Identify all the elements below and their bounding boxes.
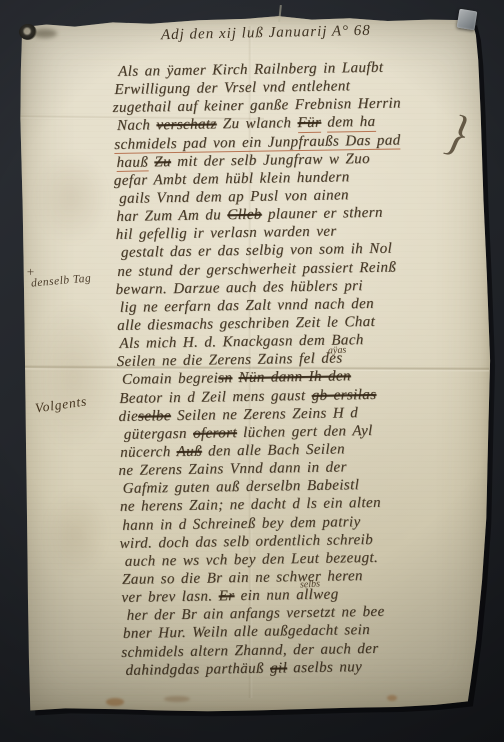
corner-clip	[457, 9, 478, 31]
text-segment: gb ersilas	[311, 386, 376, 403]
text-segment: dahindgdas parthäuß	[125, 660, 270, 678]
punch-hole-smudge	[33, 29, 57, 38]
text-segment: Nach	[117, 118, 157, 135]
text-segment: dem ha	[327, 114, 375, 132]
text-segment: Seilen ne die Zerens Zains fel des	[117, 351, 343, 371]
text-segment: Clleb	[227, 207, 262, 224]
text-segment: ein nun allweg	[234, 587, 338, 605]
margin-note-denselb-tag: denselb Tag	[31, 272, 92, 289]
manuscript-text: Als an ÿamer Kirch Railnberg in LaufbtEr…	[112, 57, 504, 680]
text-segment: hann in d Schreineß bey dem patriy	[122, 514, 361, 534]
margin-note-volgents: Volgents	[34, 393, 88, 416]
text-segment: nücerch	[120, 444, 177, 461]
text-segment: schmidels altern Zhannd, der auch der	[121, 640, 379, 660]
ink-showthrough	[34, 152, 108, 244]
text-segment: Comain begrei	[122, 371, 218, 389]
ink-showthrough	[44, 490, 108, 576]
text-segment: gütergasn	[124, 426, 193, 443]
text-segment: Nün dann Ih den	[238, 369, 351, 387]
text-segment: plauner er sthern	[262, 205, 383, 223]
text-segment: die	[118, 408, 138, 424]
text-segment: gails Vnnd dem ap Pusl von ainen	[119, 187, 349, 207]
heading-date-line: Adj den xij luß Januarij A° 68	[161, 23, 371, 44]
text-segment: Seilen ne Zerens Zeins H d	[171, 405, 358, 424]
text-segment: Zu wlanch	[217, 116, 298, 133]
text-segment: bner Hur. Weiln alle außgedacht sein	[123, 622, 370, 642]
text-segment: verschatz	[156, 117, 217, 134]
text-segment: Beator in d Zeil mens gaust	[119, 387, 312, 406]
text-segment: Auß	[176, 444, 202, 460]
stain	[164, 696, 190, 702]
text-segment: sn	[218, 371, 232, 387]
paper-sheet: Adj den xij luß Januarij A° 68 + denselb…	[18, 14, 492, 714]
stain	[387, 695, 397, 701]
ink-showthrough	[32, 302, 116, 452]
text-segment: ver brev lasn.	[121, 588, 219, 606]
stain	[106, 698, 124, 706]
text-segment: mit der selb Jungfraw w Zuo	[171, 151, 370, 170]
text-segment: selbe	[138, 408, 171, 425]
text-segment: den alle Bach Seilen	[202, 441, 345, 459]
text-segment: Für	[297, 115, 321, 133]
text-segment: hauß	[116, 154, 148, 172]
text-segment: oferort	[193, 425, 237, 442]
text-segment: lüchen gert den Ayl	[237, 423, 373, 441]
text-segment: aselbs nuy	[287, 659, 362, 676]
manuscript-photo: Adj den xij luß Januarij A° 68 + denselb…	[0, 0, 504, 742]
text-segment: gil	[270, 660, 287, 676]
text-segment: Er	[219, 588, 235, 604]
text-segment: hil gefellig ir verlasn warden ver	[116, 224, 337, 243]
text-segment: Zu	[154, 154, 171, 170]
text-segment: ne Zerens Zains Vnnd dann in der	[118, 459, 347, 479]
text-segment: har Zum Am du	[116, 207, 227, 225]
text-segment: ne herens Zain; ne dacht d ls ein alten	[120, 495, 381, 515]
